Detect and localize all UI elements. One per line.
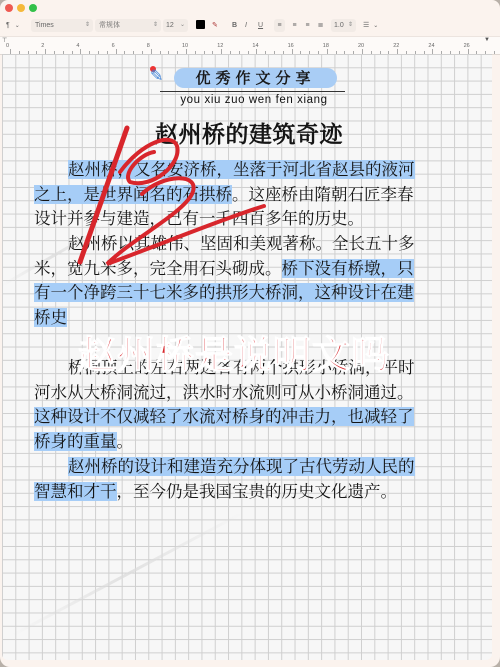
font-size-value: 12 [166,22,174,29]
font-family-value: Times [35,22,54,29]
highlight-color-button[interactable]: ✎ [212,19,222,32]
right-indent-marker[interactable]: ▼ [484,37,490,43]
underline-button[interactable]: U [258,19,266,32]
align-center-icon: ≡ [292,22,296,29]
justify-icon: ≣ [318,22,324,29]
line-spacing-select[interactable]: 1.0 ⇕ [331,19,356,32]
line-text: 河水从大桥洞流过，洪水时水流则可从小桥洞通过。 [34,383,414,402]
text-line: 这种设计不仅减轻了水流对桥身的冲击力，也减轻了 [34,405,474,430]
ruler-label: 6 [112,43,115,49]
font-size-select[interactable]: 12 ⌄ [163,19,188,32]
paragraph-icon: ¶ [6,22,10,29]
list-style-dropdown[interactable]: ☰ ⌄ [363,19,383,32]
chevron-down-icon: ⌄ [180,19,185,32]
ruler-label: 2 [41,43,44,49]
highlighted-text: 桥身的重量 [34,432,117,451]
stepper-arrows-icon: ⇕ [348,19,353,32]
align-right-icon: ≡ [305,22,309,29]
text-line: 河水从大桥洞流过，洪水时水流则可从小桥洞通过。 [34,381,474,406]
align-right-button[interactable]: ≡ [302,19,313,32]
text-line: 桥身的重量。 [34,430,474,455]
text-editor-window: ¶ ⌄ Times ⇕ 常规体 ⇕ 12 ⌄ ✎ B I U ≡ ≡ ≡ ≣ 1… [0,0,500,667]
highlighted-text: 赵州桥的设计和建造充分体现了古代劳动人民的 [68,457,415,476]
close-button[interactable] [5,4,13,12]
text-color-swatch[interactable] [196,20,205,29]
italic-button[interactable]: I [245,19,253,32]
font-family-select[interactable]: Times ⇕ [31,19,93,32]
ruler-label: 4 [76,43,79,49]
ruler-label: 0 [6,43,9,49]
document-page[interactable]: ✎ 优秀作文分享 you xiu zuo wen fen xiang 赵州桥的建… [2,54,492,660]
overlay-headline: 赵州桥是说明文吗 [78,324,390,379]
ruler-tick [494,51,495,54]
highlighted-text: 智慧和才干 [34,482,117,501]
justify-button[interactable]: ≣ [315,19,326,32]
paragraph-style-dropdown[interactable]: ¶ ⌄ [6,19,24,32]
stepper-arrows-icon: ⇕ [153,19,158,32]
align-center-button[interactable]: ≡ [289,19,300,32]
bold-button[interactable]: B [232,19,240,32]
format-toolbar: ¶ ⌄ Times ⇕ 常规体 ⇕ 12 ⌄ ✎ B I U ≡ ≡ ≡ ≣ 1… [0,16,500,36]
chevron-down-icon: ⌄ [373,23,378,29]
font-style-value: 常规体 [99,22,120,29]
title-bar [0,0,500,16]
highlighter-icon: ✎ [212,22,218,29]
zoom-button[interactable] [29,4,37,12]
ruler[interactable]: ⊤ ▼ 02468101214161820222426 [0,36,500,55]
highlighted-text: 这种设计不仅减轻了水流对桥身的冲击力，也减轻了 [34,407,414,426]
align-left-button[interactable]: ≡ [274,19,285,32]
chevron-down-icon: ⌄ [15,23,20,29]
line-text: ，至今仍是我国宝贵的历史文化遗产。 [117,482,398,501]
align-left-icon: ≡ [277,22,281,29]
handwritten-score-mark [2,54,492,354]
line-text: 。 [117,432,134,451]
minimize-button[interactable] [17,4,25,12]
list-icon: ☰ [363,22,369,29]
stepper-arrows-icon: ⇕ [85,19,90,32]
line-spacing-value: 1.0 [334,22,344,29]
ruler-label: 8 [147,43,150,49]
paper-crease [11,512,242,637]
text-line: 智慧和才干，至今仍是我国宝贵的历史文化遗产。 [34,480,474,505]
text-line: 赵州桥的设计和建造充分体现了古代劳动人民的 [34,455,474,480]
paragraph-4: 赵州桥的设计和建造充分体现了古代劳动人民的 智慧和才干，至今仍是我国宝贵的历史文… [34,455,474,504]
font-style-select[interactable]: 常规体 ⇕ [95,19,161,32]
